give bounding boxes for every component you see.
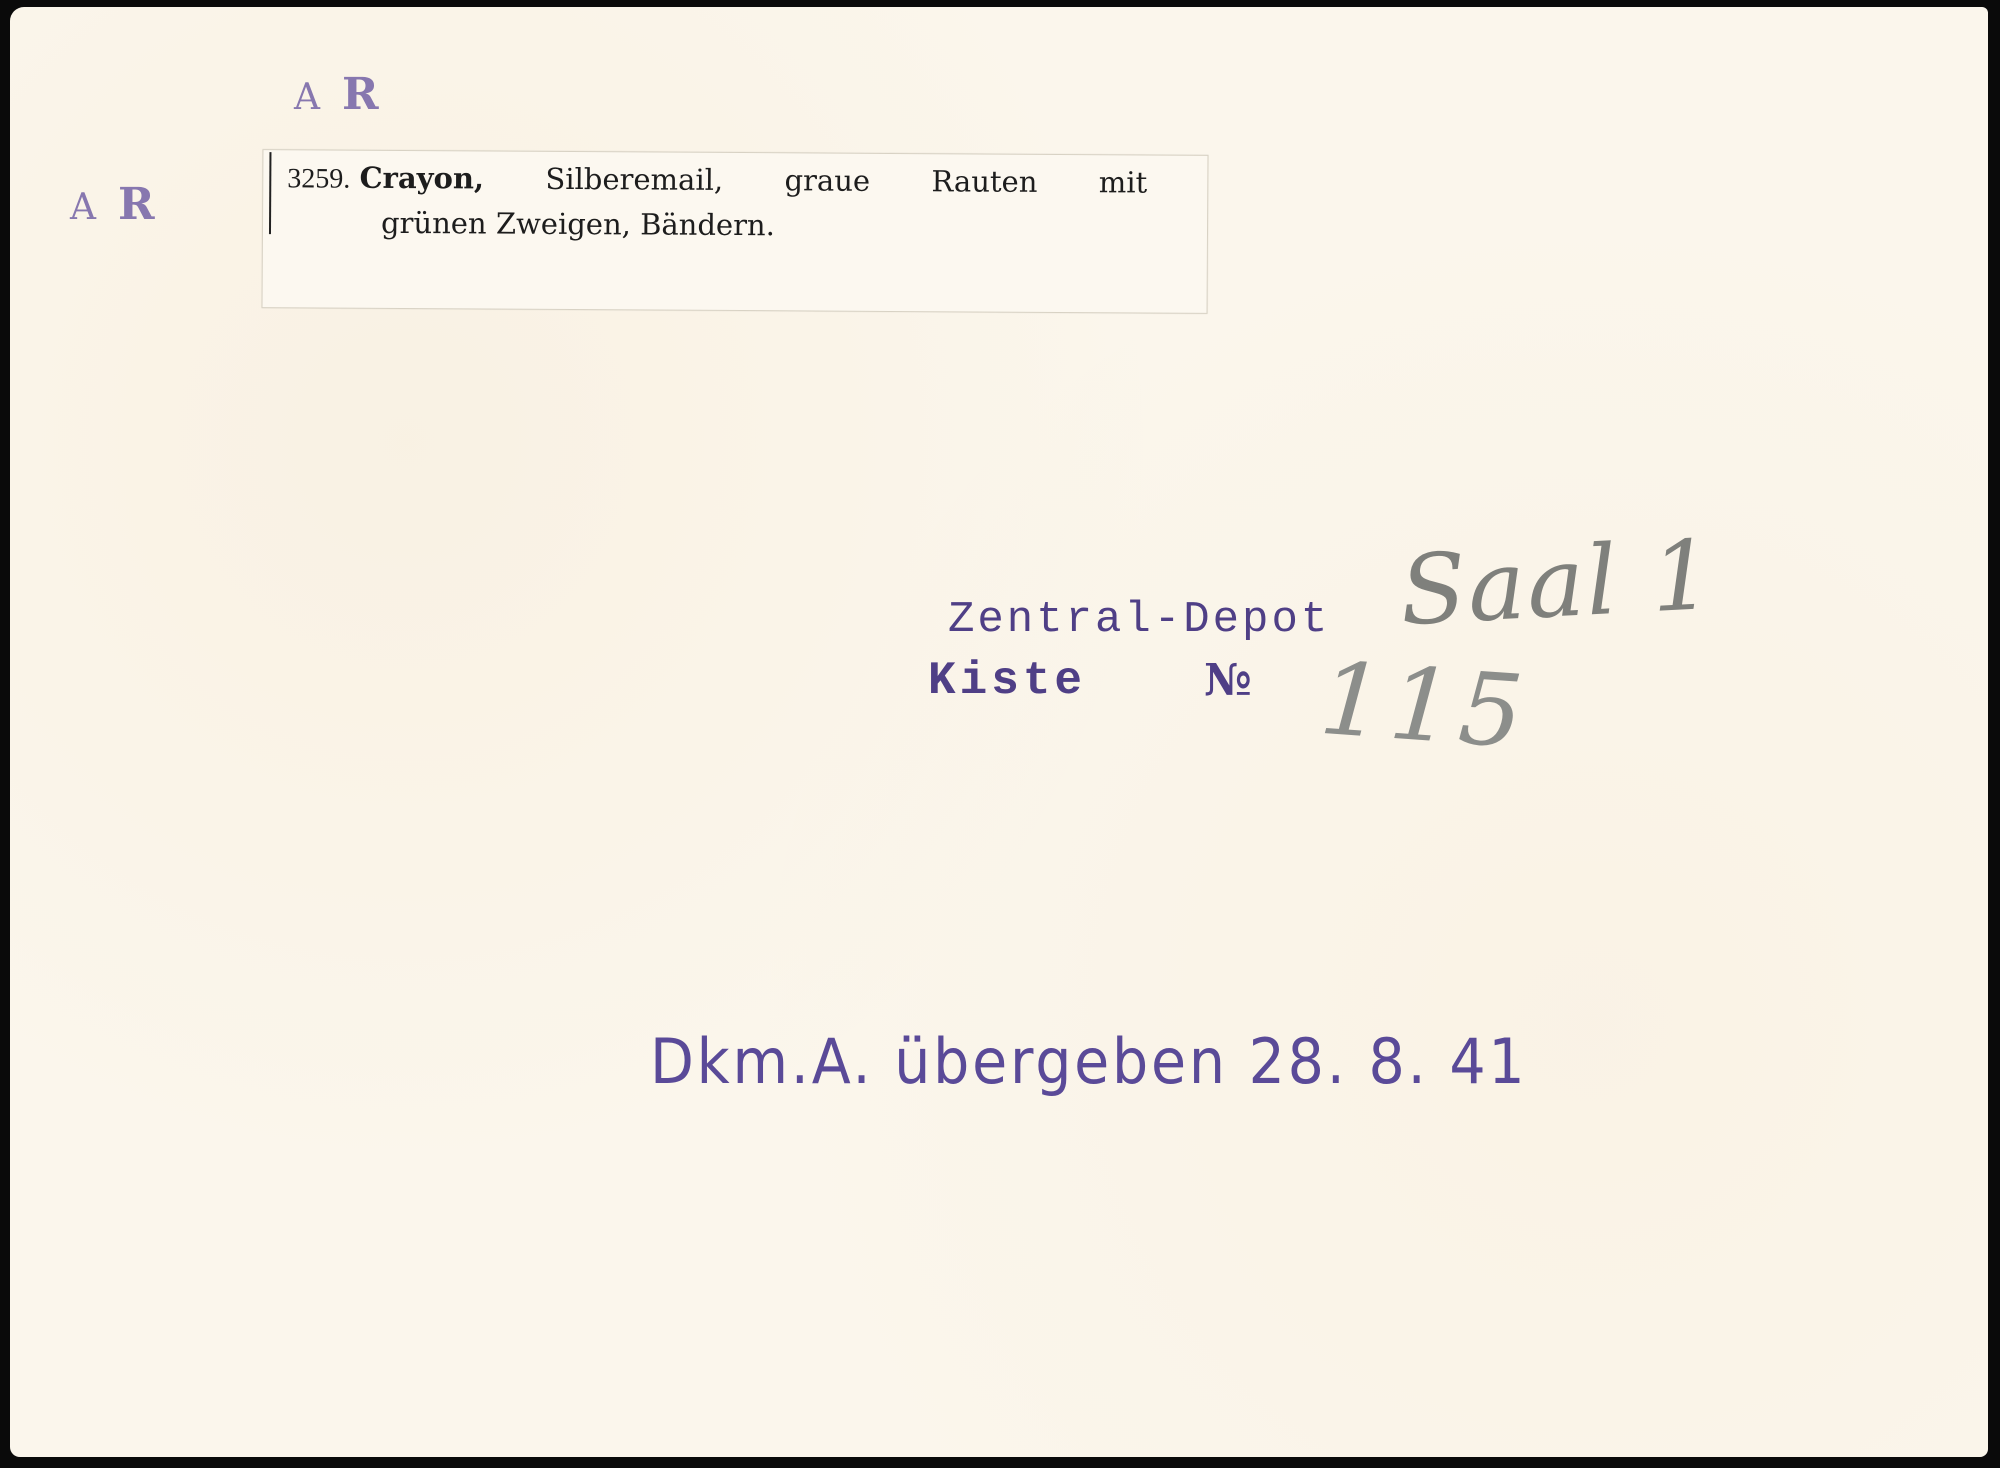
catalog-label-clipping: 3259. Crayon, Silberemail, graue Rauten … bbox=[262, 149, 1209, 314]
kiste-stamp-label: Kiste bbox=[928, 655, 1086, 707]
stamp-letter-a: A bbox=[70, 187, 118, 228]
label-word: mit bbox=[1099, 165, 1148, 200]
label-line-1: 3259. Crayon, Silberemail, graue Rauten … bbox=[287, 160, 1147, 200]
label-line-2: grünen Zweigen, Bändern. bbox=[381, 206, 775, 242]
number-sign: № bbox=[1204, 655, 1252, 706]
stamp-letter-r: R bbox=[118, 179, 177, 230]
ar-stamp-left: AR bbox=[70, 179, 177, 230]
handwritten-box-number: 115 bbox=[1316, 640, 1533, 771]
label-word: graue bbox=[784, 163, 870, 199]
depot-stamp-line: Zentral-Depot bbox=[948, 595, 1330, 645]
label-margin-rule bbox=[269, 152, 272, 234]
item-title: Crayon, bbox=[359, 161, 484, 196]
catalog-number: 3259. bbox=[287, 163, 350, 194]
label-word: Rauten bbox=[931, 164, 1037, 200]
ar-stamp-top: AR bbox=[294, 69, 401, 120]
stamp-letter-a: A bbox=[294, 77, 342, 118]
handwritten-room: Saal 1 bbox=[1397, 519, 1717, 647]
label-word: Silberemail, bbox=[545, 162, 723, 198]
stamp-letter-r: R bbox=[342, 69, 401, 120]
archive-card: AR AR 3259. Crayon, Silberemail, graue R… bbox=[10, 7, 1988, 1457]
transfer-date-stamp: Dkm.A. übergeben 28. 8. 41 bbox=[650, 1025, 1527, 1098]
